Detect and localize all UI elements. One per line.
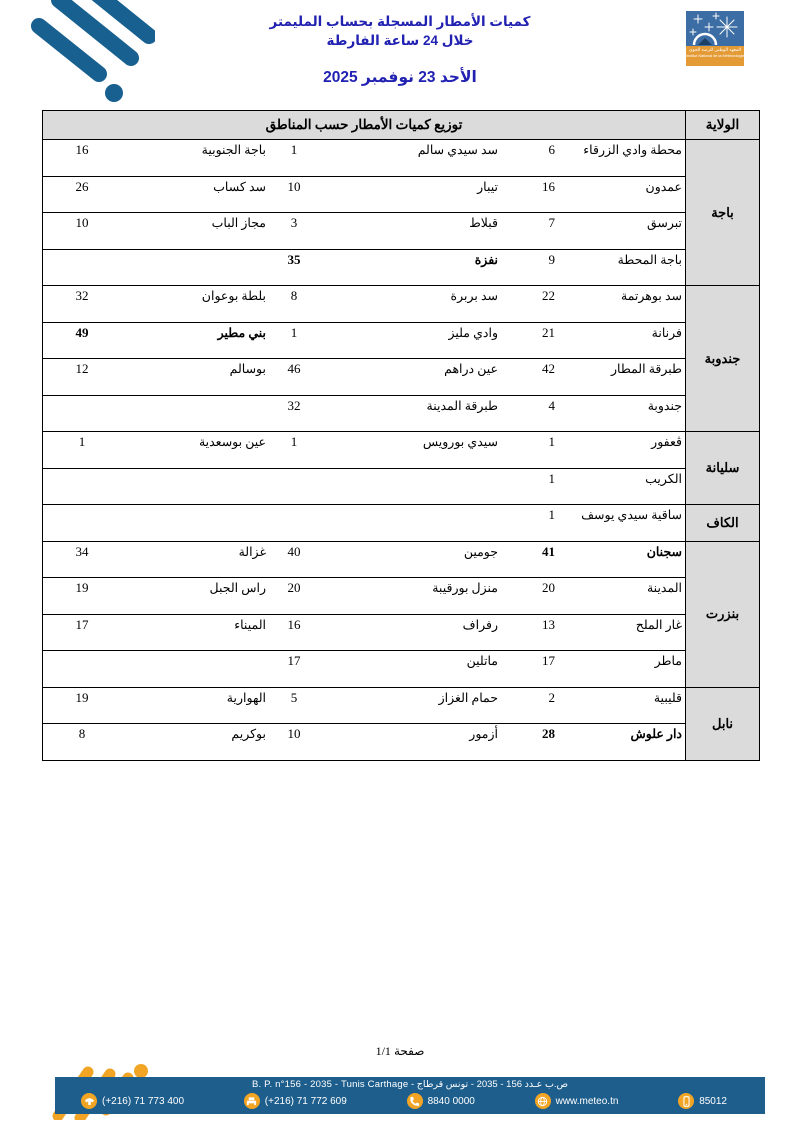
station-cell: الكريب	[559, 468, 685, 505]
station-cell	[121, 395, 269, 432]
station-cell: جومين	[319, 541, 501, 578]
station-cell: بوسالم	[121, 358, 269, 395]
station-cell: مجاز الباب	[121, 212, 269, 249]
value-cell	[43, 249, 121, 286]
value-cell	[43, 504, 121, 541]
station-cell: حمام الغزاز	[319, 687, 501, 724]
report-title-line1: كميات الأمطار المسجلة بحساب المليمتر	[200, 12, 600, 31]
station-cell: ساقية سيدي يوسف	[559, 504, 685, 541]
station-cell: سجنان	[559, 541, 685, 578]
page-number: صفحة 1/1	[0, 1044, 800, 1059]
value-cell: 20	[501, 577, 559, 614]
station-cell	[121, 504, 269, 541]
wilaya-cell: سليانة	[685, 431, 759, 504]
value-cell: 13	[501, 614, 559, 651]
value-cell: 1	[501, 504, 559, 541]
station-cell: أزمور	[319, 723, 501, 760]
value-cell: 32	[269, 395, 319, 432]
value-cell: 42	[501, 358, 559, 395]
value-cell: 1	[269, 431, 319, 468]
station-cell	[121, 468, 269, 505]
station-cell: جندوبة	[559, 395, 685, 432]
station-cell: منزل بورقيبة	[319, 577, 501, 614]
handset-icon	[407, 1093, 423, 1109]
report-page: كميات الأمطار المسجلة بحساب المليمتر خلا…	[0, 0, 800, 1131]
value-cell: 26	[43, 176, 121, 213]
value-cell: 1	[269, 322, 319, 359]
station-cell: الميناء	[121, 614, 269, 651]
contact-item: (+216) 71 772 609	[244, 1093, 347, 1109]
station-cell: طبرقة المطار	[559, 358, 685, 395]
wilaya-cell: نابل	[685, 687, 759, 760]
station-cell: ماتلين	[319, 650, 501, 687]
value-cell: 1	[269, 139, 319, 176]
station-cell: قليبية	[559, 687, 685, 724]
station-cell: سد بربرة	[319, 285, 501, 322]
value-cell	[43, 395, 121, 432]
value-cell: 49	[43, 322, 121, 359]
value-cell: 35	[269, 249, 319, 286]
value-cell: 10	[269, 176, 319, 213]
value-cell: 22	[501, 285, 559, 322]
value-cell	[269, 504, 319, 541]
station-cell	[121, 650, 269, 687]
value-cell	[269, 468, 319, 505]
contact-item: (+216) 71 773 400	[81, 1093, 184, 1109]
station-cell: محطة وادي الزرقاء	[559, 139, 685, 176]
wilaya-cell: الكاف	[685, 504, 759, 541]
value-cell	[43, 468, 121, 505]
inm-logo-band: المعهد الوطني للرصد الجوي Institut Natio…	[686, 46, 744, 66]
value-cell: 6	[501, 139, 559, 176]
station-cell: دار علوش	[559, 723, 685, 760]
value-cell: 1	[43, 431, 121, 468]
value-cell: 1	[501, 431, 559, 468]
station-cell: غزالة	[121, 541, 269, 578]
station-cell: المدينة	[559, 577, 685, 614]
station-cell: سد كساب	[121, 176, 269, 213]
value-cell: 20	[269, 577, 319, 614]
station-cell: وادي مليز	[319, 322, 501, 359]
wilaya-cell: بنزرت	[685, 541, 759, 687]
inm-band-french: Institut National de la Météorologie	[686, 54, 744, 59]
station-cell	[319, 468, 501, 505]
contact-label: 85012	[699, 1096, 727, 1107]
value-cell: 2	[501, 687, 559, 724]
value-cell: 4	[501, 395, 559, 432]
phone-icon	[81, 1093, 97, 1109]
value-cell: 8	[269, 285, 319, 322]
contact-label: (+216) 71 773 400	[102, 1096, 184, 1107]
report-date: الأحد 23 نوفمبر 2025	[200, 68, 600, 87]
station-cell: باجة الجنوبية	[121, 139, 269, 176]
value-cell: 41	[501, 541, 559, 578]
value-cell: 19	[43, 577, 121, 614]
contact-item: 8840 0000	[407, 1093, 475, 1109]
station-cell: طبرقة المدينة	[319, 395, 501, 432]
station-cell: باجة المحطة	[559, 249, 685, 286]
footer-contacts: (+216) 71 773 400(+216) 71 772 6098840 0…	[55, 1090, 765, 1109]
report-title-line2: خلال 24 ساعة الفارطة	[200, 31, 600, 50]
value-cell: 3	[269, 212, 319, 249]
value-cell: 8	[43, 723, 121, 760]
value-cell: 1	[501, 468, 559, 505]
station-cell: راس الجبل	[121, 577, 269, 614]
report-title-block: كميات الأمطار المسجلة بحساب المليمتر خلا…	[200, 12, 600, 87]
station-cell: الهوارية	[121, 687, 269, 724]
contact-item: 85012	[678, 1093, 727, 1109]
wilaya-cell: باجة	[685, 139, 759, 285]
value-cell: 17	[501, 650, 559, 687]
value-cell: 46	[269, 358, 319, 395]
station-cell: بني مطير	[121, 322, 269, 359]
inm-band-arabic: المعهد الوطني للرصد الجوي	[686, 46, 744, 54]
table-main-header: توزيع كميات الأمطار حسب المناطق	[43, 111, 685, 139]
contact-label: www.meteo.tn	[556, 1096, 619, 1107]
value-cell: 40	[269, 541, 319, 578]
station-cell: نفزة	[319, 249, 501, 286]
value-cell: 32	[43, 285, 121, 322]
value-cell: 16	[501, 176, 559, 213]
contact-label: (+216) 71 772 609	[265, 1096, 347, 1107]
fax-icon	[244, 1093, 260, 1109]
station-cell: قبلاط	[319, 212, 501, 249]
value-cell: 7	[501, 212, 559, 249]
value-cell: 16	[269, 614, 319, 651]
value-cell: 10	[269, 723, 319, 760]
station-cell	[319, 504, 501, 541]
value-cell: 10	[43, 212, 121, 249]
station-cell: بلطة بوعوان	[121, 285, 269, 322]
station-cell: سد سيدي سالم	[319, 139, 501, 176]
value-cell: 34	[43, 541, 121, 578]
station-cell: ڤعفور	[559, 431, 685, 468]
value-cell: 17	[43, 614, 121, 651]
snowflake-icon	[717, 17, 737, 37]
footer-bar: ص.ب عـدد 156 - 2035 - تونس قرطاج - B. P.…	[55, 1077, 765, 1114]
value-cell	[43, 650, 121, 687]
value-cell: 12	[43, 358, 121, 395]
wilaya-cell: جندوبة	[685, 285, 759, 431]
station-cell	[121, 249, 269, 286]
wilaya-column-header: الولاية	[685, 111, 759, 139]
rain-strokes-logo	[25, 0, 155, 118]
station-cell: سيدي بورويس	[319, 431, 501, 468]
value-cell: 5	[269, 687, 319, 724]
contact-item: www.meteo.tn	[535, 1093, 619, 1109]
value-cell: 17	[269, 650, 319, 687]
station-cell: تيبار	[319, 176, 501, 213]
station-cell: ماطر	[559, 650, 685, 687]
value-cell: 16	[43, 139, 121, 176]
station-cell: فرنانة	[559, 322, 685, 359]
value-cell: 9	[501, 249, 559, 286]
contact-label: 8840 0000	[428, 1096, 475, 1107]
value-cell: 28	[501, 723, 559, 760]
value-cell: 19	[43, 687, 121, 724]
mobile-icon	[678, 1093, 694, 1109]
station-cell: سد بوهرتمة	[559, 285, 685, 322]
station-cell: غار الملح	[559, 614, 685, 651]
station-cell: رفراف	[319, 614, 501, 651]
value-cell: 21	[501, 322, 559, 359]
rain-table: الولاية توزيع كميات الأمطار حسب المناطق …	[42, 110, 760, 761]
globe-icon	[535, 1093, 551, 1109]
station-cell: عين بوسعدية	[121, 431, 269, 468]
station-cell: تبرسق	[559, 212, 685, 249]
station-cell: بوكريم	[121, 723, 269, 760]
station-cell: عين دراهم	[319, 358, 501, 395]
footer-address: ص.ب عـدد 156 - 2035 - تونس قرطاج - B. P.…	[55, 1079, 765, 1090]
station-cell: عمدون	[559, 176, 685, 213]
